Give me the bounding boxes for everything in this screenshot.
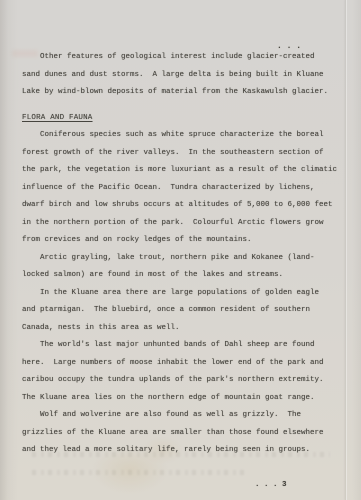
text-line: Coniferous species such as white spruce … — [22, 127, 348, 145]
text-line: The Kluane area lies on the northern edg… — [22, 390, 348, 408]
text-line: In the Kluane area there are large popul… — [22, 285, 348, 303]
text-line: in the northern portion of the park. Col… — [22, 215, 348, 233]
text-line: sand dunes and dust storms. A large delt… — [22, 67, 348, 85]
text-line: from crevices and on rocky ledges of the… — [22, 232, 348, 250]
document-body: Other features of geological interest in… — [22, 49, 348, 460]
ink-bleed-through-smudge — [12, 50, 38, 57]
text-line: Lake by wind-blown deposits of material … — [22, 84, 348, 102]
text-line: caribou occupy the tundra uplands of the… — [22, 372, 348, 390]
text-line: The world's last major unhunted bands of… — [22, 337, 348, 355]
text-line: the park, the vegetation is more luxuria… — [22, 162, 348, 180]
scanned-document-page: . . . Other features of geological inter… — [0, 0, 361, 500]
page-number: . . . 3 — [255, 477, 287, 495]
text-line: forest growth of the river valleys. In t… — [22, 145, 348, 163]
text-line: influence of the Pacific Ocean. Tundra c… — [22, 180, 348, 198]
text-line: dwarf birch and low shrubs occurs at alt… — [22, 197, 348, 215]
text-line: Canada, nests in this area as well. — [22, 320, 348, 338]
section-heading: FLORA AND FAUNA — [22, 110, 348, 128]
ink-bleed-through-line — [32, 470, 246, 475]
ink-bleed-through-line — [32, 452, 330, 457]
paper-crease — [345, 0, 346, 500]
text-line: locked salmon) are found in most of the … — [22, 267, 348, 285]
text-line: and ptarmigan. The bluebird, once a comm… — [22, 302, 348, 320]
text-line: grizzlies of the Kluane area are smaller… — [22, 425, 348, 443]
text-line: Wolf and wolverine are also found as wel… — [22, 407, 348, 425]
text-line: Arctic grayling, lake trout, northern pi… — [22, 250, 348, 268]
text-line: Other features of geological interest in… — [22, 49, 348, 67]
text-line: here. Large numbers of moose inhabit the… — [22, 355, 348, 373]
